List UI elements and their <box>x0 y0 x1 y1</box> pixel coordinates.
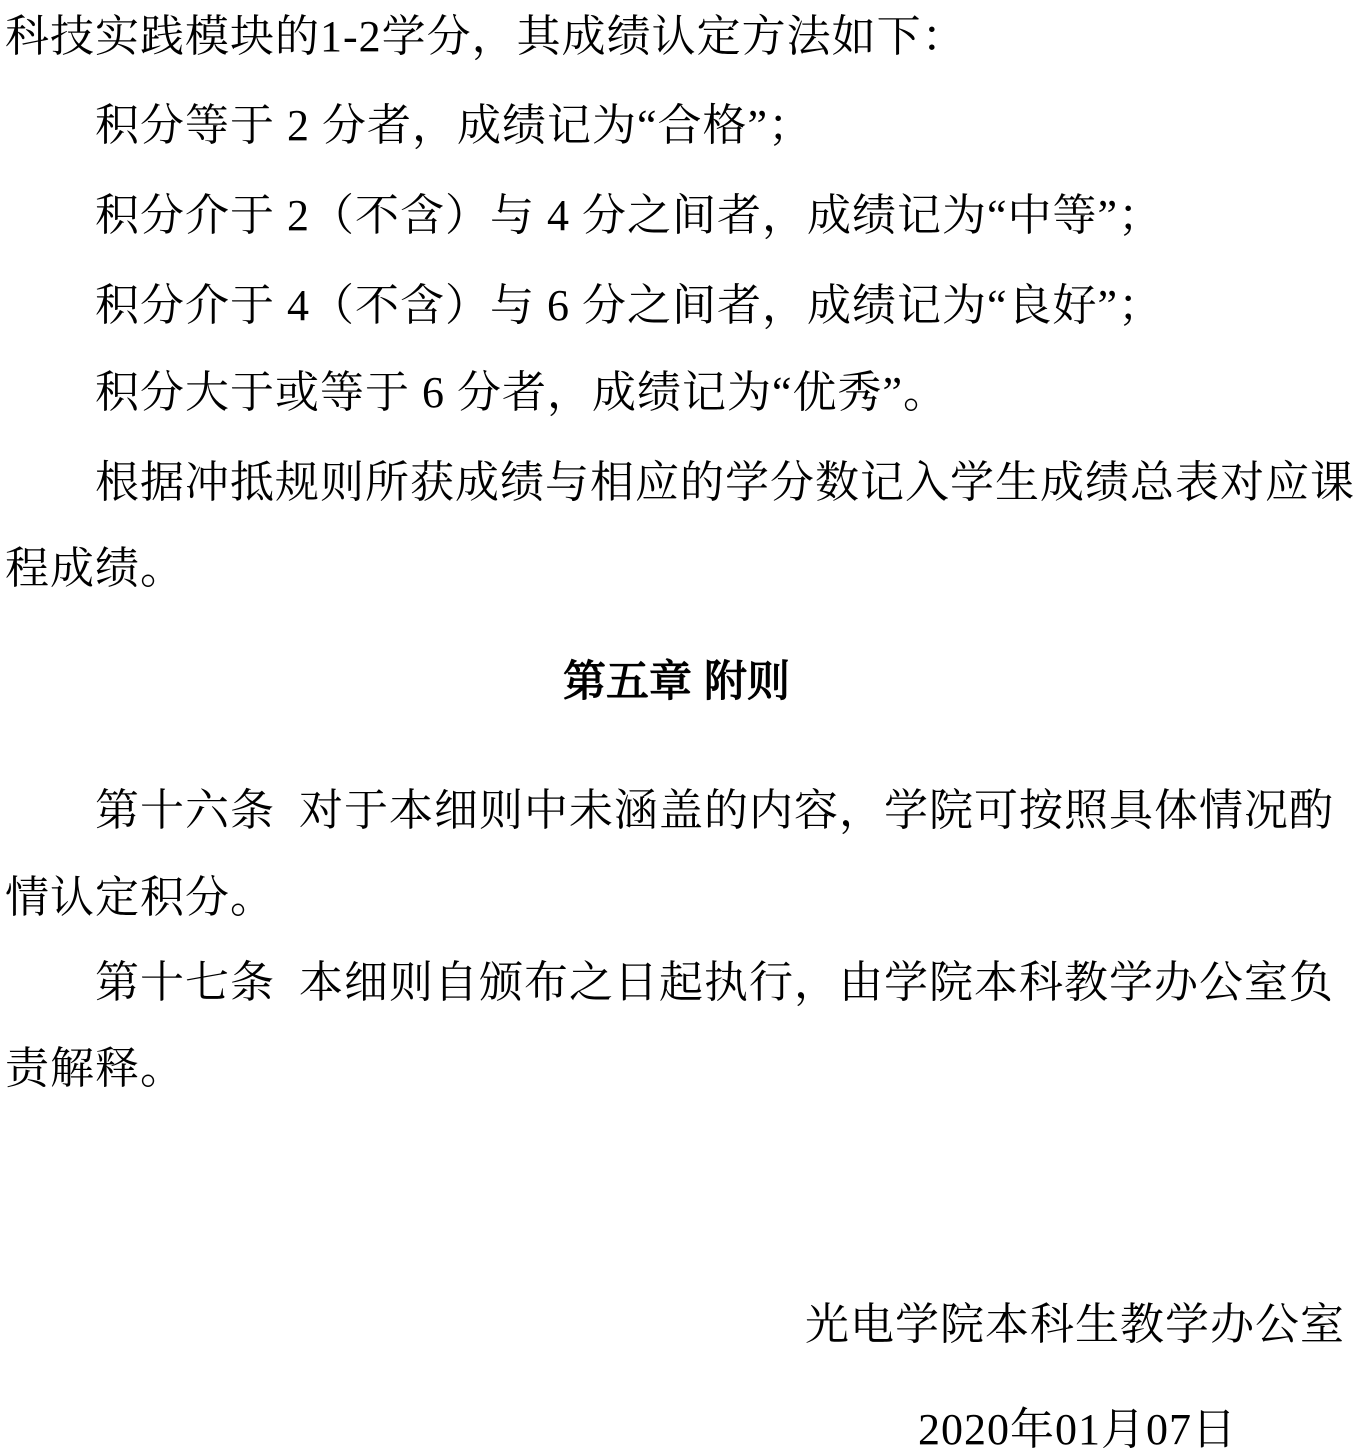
body-line: 积分等于 2 分者，成绩记为“合格”； <box>95 101 813 152</box>
chapter-heading: 第五章 附则 <box>0 658 1353 707</box>
document-page: 科技实践模块的1-2学分，其成绩认定方法如下： 积分等于 2 分者，成绩记为“合… <box>0 0 1353 1453</box>
body-line: 程成绩。 <box>5 544 185 595</box>
body-line: 积分大于或等于 6 分者，成绩记为“优秀”。 <box>95 368 948 419</box>
body-line: 第十六条 对于本细则中未涵盖的内容，学院可按照具体情况酌 <box>95 786 1334 837</box>
body-line: 积分介于 2（不含）与 4 分之间者，成绩记为“中等”； <box>95 191 1163 242</box>
signature-line: 光电学院本科生教学办公室 <box>805 1300 1345 1351</box>
date-line: 2020年01月07日 <box>918 1405 1237 1453</box>
body-line: 积分介于 4（不含）与 6 分之间者，成绩记为“良好”； <box>95 281 1163 332</box>
body-line: 第十七条 本细则自颁布之日起执行，由学院本科教学办公室负 <box>95 958 1334 1009</box>
body-line: 情认定积分。 <box>5 873 275 924</box>
body-line: 根据冲抵规则所获成绩与相应的学分数记入学生成绩总表对应课 <box>95 458 1353 509</box>
body-line: 科技实践模块的1-2学分，其成绩认定方法如下： <box>5 12 967 63</box>
body-line: 责解释。 <box>5 1044 185 1095</box>
